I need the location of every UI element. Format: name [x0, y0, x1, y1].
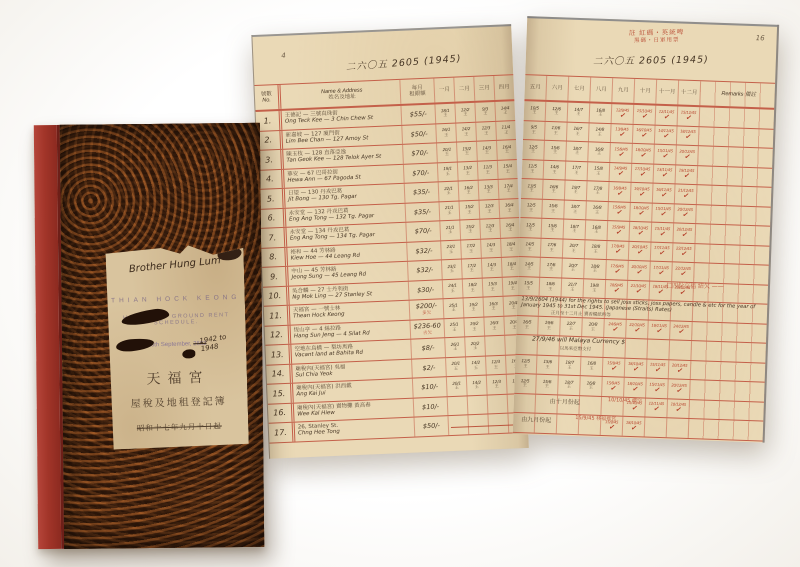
col-header-month: 四月 [494, 75, 515, 100]
month-cell: 11/5王 [522, 160, 545, 179]
month-cell: 19/12/45✓ [676, 165, 699, 184]
receipt-chop: 王 [531, 149, 535, 154]
row-number: 8. [261, 247, 288, 267]
receipt-chop: 王 [506, 169, 510, 174]
rent-cell: $236-60吉欠 [410, 319, 445, 339]
monthly-rent: $50/- [423, 422, 440, 431]
receipt-chop: 王 [589, 366, 593, 371]
month-cell: 24/9/45✓ [604, 319, 627, 338]
paid-checkmark-icon: ✓ [661, 152, 668, 160]
receipt-chop: 王 [485, 150, 489, 155]
receipt-chop: 王 [466, 171, 470, 176]
receipt-chop: 王 [553, 150, 557, 155]
receipt-chop: 王 [468, 229, 472, 234]
month-cell: 12/2王 [455, 103, 476, 122]
month-cell: 15/9/45✓ [603, 357, 626, 376]
row-number: 10. [263, 286, 290, 306]
receipt-chop: 王 [443, 113, 447, 118]
col-header-name-address: Name & Address 姓名及地址 [280, 80, 401, 109]
paid-checkmark-icon: ✓ [653, 406, 660, 414]
receipt-chop: 王 [511, 305, 515, 310]
col-header-no: 號數 No. [254, 85, 281, 110]
month-cell: 11/4王 [496, 121, 517, 140]
receipt-chop: 王 [509, 247, 513, 252]
monthly-rent: $32/- [415, 246, 432, 255]
month-cell: 20/7王 [562, 259, 585, 278]
receipt-chop: 王 [491, 306, 495, 311]
receipt-chop: 王 [548, 287, 552, 292]
cover-label: Brother Hung Lum THIAN HOCK KEONG HOUSE … [105, 244, 249, 450]
monthly-rent: $70/- [412, 168, 429, 177]
month-cell: 17/8王 [587, 181, 610, 200]
receipt-chop: 王 [528, 227, 532, 232]
month-cell: 16/6王 [543, 180, 566, 199]
month-cell: 15/11/45✓ [646, 379, 669, 398]
monthly-rent: $55/- [410, 110, 427, 119]
month-cell: 22/12/45✓ [672, 262, 695, 281]
receipt-chop: 王 [469, 249, 473, 254]
month-cell: 11/3王 [478, 160, 499, 179]
receipt-chop: 王 [510, 266, 514, 271]
receipt-chop: 王 [463, 112, 467, 117]
month-cell: 17/6王 [540, 258, 563, 277]
monthly-rent: $8/- [422, 344, 435, 353]
receipt-chop: 王 [598, 132, 602, 137]
month-cell: 13/9/45✓ [611, 124, 634, 143]
month-cell: 9/3王 [475, 102, 496, 121]
receipt-chop: 王 [464, 132, 468, 137]
month-cell: 23/1王 [441, 240, 462, 259]
row-number: 6. [260, 208, 287, 228]
month-cell: 17/11/45✓ [651, 242, 674, 261]
receipt-chop: 王 [487, 189, 491, 194]
receipt-chop: 王 [447, 211, 451, 216]
receipt-chop: 王 [595, 210, 599, 215]
monthly-rent: $30/- [417, 285, 434, 294]
paid-checkmark-icon: ✓ [618, 151, 625, 159]
month-cell: 14/3王 [482, 258, 503, 277]
tenant-name-chinese: 廟稅內(天福宮) 吳福 [295, 365, 345, 373]
month-cell: 20/1王 [446, 357, 467, 376]
receipt-chop: 王 [573, 209, 577, 214]
receipt-chop: 王 [552, 170, 556, 175]
paid-checkmark-icon: ✓ [638, 190, 645, 198]
closed-ledger-book: Brother Hung Lum THIAN HOCK KEONG HOUSE … [34, 123, 264, 549]
paid-checkmark-icon: ✓ [631, 405, 638, 413]
month-cell: 20/12/45✓ [674, 204, 697, 223]
receipt-chop: 王 [467, 190, 471, 195]
col-header-month: 十一月 [656, 80, 679, 105]
remarks-cell [695, 224, 772, 245]
month-cell: 18/7王 [558, 375, 581, 394]
ledger-left-page: 4 二六〇五 2605 (1945) 號數 No. Name & Address… [251, 24, 529, 459]
row-number: 15. [267, 384, 294, 404]
receipt-chop: 王 [549, 267, 553, 272]
receipt-chop: 王 [570, 287, 574, 292]
paid-checkmark-icon: ✓ [633, 327, 640, 335]
paid-checkmark-icon: ✓ [684, 133, 691, 141]
receipt-chop: 王 [572, 248, 576, 253]
ink-blot [182, 349, 195, 358]
month-cell: 17/4王 [499, 179, 520, 198]
month-cell: 15/11/45✓ [652, 223, 675, 242]
receipt-chop: 王 [569, 326, 573, 331]
remarks-label: Remarks 備註 [721, 91, 756, 99]
receipt-chop: 王 [593, 269, 597, 274]
rent-cell: $32/- [407, 241, 442, 261]
rent-cell: $50/- [402, 124, 437, 144]
receipt-chop: 王 [526, 286, 530, 291]
receipt-chop: 王 [545, 365, 549, 370]
month-label: 十一月 [659, 89, 676, 96]
receipt-chop: 王 [529, 208, 533, 213]
receipt-chop: 王 [598, 113, 602, 118]
month-cell: 15/12/45✓ [678, 106, 701, 125]
row-number: 13. [265, 345, 292, 365]
month-cell: 15/3王 [483, 277, 504, 296]
month-cell: 16/9/45✓ [609, 182, 632, 201]
receipt-chop: 王 [495, 384, 499, 389]
row-number: 4. [258, 169, 285, 189]
paid-checkmark-icon: ✓ [658, 250, 665, 258]
paid-checkmark-icon: ✓ [654, 367, 661, 375]
monthly-rent: $32/- [416, 266, 433, 275]
month-cell: 20/10/45✓ [629, 241, 652, 260]
receipt-chop: 王 [532, 130, 536, 135]
receipt-chop: 王 [470, 268, 474, 273]
month-cell: 15/2王 [460, 220, 481, 239]
paid-checkmark-icon: ✓ [683, 153, 690, 161]
paid-checkmark-icon: ✓ [641, 112, 648, 120]
receipt-chop: 王 [451, 308, 455, 313]
monthly-rent: $70/- [411, 149, 428, 158]
month-cell: 12/5王 [522, 140, 545, 159]
remarks-cell [695, 244, 772, 265]
month-cell: 19/1王 [438, 162, 459, 181]
paid-checkmark-icon: ✓ [685, 114, 692, 122]
month-cell: 16/10/45✓ [633, 124, 656, 143]
rent-note-red: 吉欠 [423, 330, 432, 336]
month-cell: 15/11/45✓ [654, 145, 677, 164]
rent-cell: $32/- [408, 260, 443, 280]
row-number: 3. [257, 150, 284, 170]
col-header-month: 八月 [590, 77, 613, 102]
annotation-row17-from-september: 由九月份起 [521, 414, 551, 424]
ink-blot [116, 337, 155, 353]
month-cell: 20/12/45✓ [668, 379, 691, 398]
month-cell: 16/8王 [588, 142, 611, 161]
month-cell: 13/3王 [479, 180, 500, 199]
month-cell: 17/10/45✓ [632, 163, 655, 182]
remarks-cell [700, 107, 777, 128]
remarks-cell [697, 185, 774, 206]
paid-checkmark-icon: ✓ [636, 249, 643, 257]
receipt-chop: 王 [488, 228, 492, 233]
receipt-chop: 王 [596, 171, 600, 176]
month-cell: 17/9/45✓ [607, 241, 630, 260]
month-cell: 18/2王 [463, 278, 484, 297]
month-cell [448, 415, 469, 434]
receipt-chop: 王 [445, 152, 449, 157]
label-chinese-title: 天福宮 [109, 366, 248, 390]
month-label: 一月 [439, 87, 450, 94]
month-cell [468, 395, 489, 414]
receipt-chop: 王 [567, 365, 571, 370]
month-cell: 22/10/45✓ [626, 319, 649, 338]
month-cell: 14/8王 [589, 123, 612, 142]
month-cell: 18/7王 [559, 356, 582, 375]
col-header-month: 十月 [634, 79, 657, 104]
month-cell: 17/7王 [566, 161, 589, 180]
col-header-month: 五月 [524, 75, 547, 100]
month-cell: 16/7王 [567, 122, 590, 141]
paid-checkmark-icon: ✓ [663, 113, 670, 121]
paid-checkmark-icon: ✓ [614, 248, 621, 256]
month-cell: 16/8王 [581, 357, 604, 376]
month-cell: 14/4王 [495, 101, 516, 120]
name-address-cell: 26, Stanley St.Chng Hee Tong [295, 418, 416, 442]
receipt-chop: 王 [508, 227, 512, 232]
paid-checkmark-icon: ✓ [675, 387, 682, 395]
month-cell: 12/5王 [515, 354, 538, 373]
month-cell: 19/10/45✓ [631, 183, 654, 202]
month-cell: 18/7王 [566, 142, 589, 161]
receipt-chop: 王 [572, 229, 576, 234]
month-cell: 20/1王 [437, 143, 458, 162]
month-cell: 15/2王 [459, 200, 480, 219]
month-cell: 19/2王 [464, 317, 485, 336]
receipt-chop: 王 [471, 307, 475, 312]
paid-checkmark-icon: ✓ [653, 386, 660, 394]
col-header-month: 六月 [546, 76, 569, 101]
month-cell: 10/5王 [524, 101, 547, 120]
currency-note-line2: 黑碼・日軍用票 [577, 36, 737, 46]
month-cell: 18/10/45✓ [630, 222, 653, 241]
receipt-chop: 王 [474, 366, 478, 371]
left-page-number: 4 [281, 52, 286, 60]
rent-cell: $200/-多欠 [410, 299, 445, 319]
remarks-cell [698, 166, 775, 187]
receipt-chop: 王 [489, 248, 493, 253]
receipt-chop: 王 [596, 191, 600, 196]
month-cell: 20/1王 [447, 376, 468, 395]
month-cell: 16/3王 [484, 316, 505, 335]
paid-checkmark-icon: ✓ [635, 288, 642, 296]
receipt-chop: 王 [545, 384, 549, 389]
receipt-chop: 王 [454, 366, 458, 371]
paid-checkmark-icon: ✓ [618, 131, 625, 139]
receipt-chop: 王 [494, 365, 498, 370]
month-cell: 15/9/45✓ [608, 202, 631, 221]
month-cell [448, 396, 469, 415]
month-cell: 17/2王 [461, 239, 482, 258]
month-cell: 15/6王 [542, 219, 565, 238]
month-cell [485, 336, 506, 355]
monthly-rent: $10/- [422, 402, 439, 411]
month-cell: 16/4王 [500, 218, 521, 237]
month-cell: 17/11/45✓ [650, 262, 673, 281]
month-cell: 12/5王 [520, 218, 543, 237]
paid-checkmark-icon: ✓ [617, 170, 624, 178]
receipt-chop: 王 [484, 131, 488, 136]
receipt-chop: 王 [490, 267, 494, 272]
col-no-en: No. [262, 97, 271, 104]
paid-checkmark-icon: ✓ [659, 230, 666, 238]
month-cell: 22/12/45✓ [673, 243, 696, 262]
paid-checkmark-icon: ✓ [637, 229, 644, 237]
month-cell: 19/6王 [538, 316, 561, 335]
month-cell: 21/12/45✓ [675, 184, 698, 203]
month-cell: 12/5王 [520, 199, 543, 218]
rent-cell: $70/- [403, 143, 438, 163]
remarks-cell [690, 380, 767, 401]
month-label: 六月 [552, 85, 563, 92]
month-cell: 15/10/45✓ [634, 105, 657, 124]
paid-checkmark-icon: ✓ [630, 424, 637, 432]
paid-checkmark-icon: ✓ [635, 268, 642, 276]
month-cell: 12/3王 [480, 219, 501, 238]
month-cell: 14/6王 [544, 160, 567, 179]
label-stamp-temple-name: THIAN HOCK KEONG [107, 294, 245, 305]
paid-checkmark-icon: ✓ [639, 171, 646, 179]
receipt-chop: 王 [552, 189, 556, 194]
row-number: 2. [256, 130, 283, 150]
month-cell: 15/2王 [457, 142, 478, 161]
paid-checkmark-icon: ✓ [683, 172, 690, 180]
paid-checkmark-icon: ✓ [609, 385, 616, 393]
receipt-chop: 王 [444, 133, 448, 138]
month-cell: 20/7王 [563, 239, 586, 258]
paid-checkmark-icon: ✓ [677, 328, 684, 336]
month-cell: 20/10/45✓ [628, 261, 651, 280]
receipt-chop: 王 [449, 249, 453, 254]
month-cell [488, 414, 509, 433]
month-cell: 22/1王 [439, 182, 460, 201]
row-number: 5. [259, 189, 286, 209]
book-marbled-cover: Brother Hung Lum THIAN HOCK KEONG HOUSE … [60, 123, 264, 549]
remarks-cell [691, 361, 768, 382]
month-cell: 12/6王 [546, 102, 569, 121]
month-cell: 20/8王 [582, 318, 605, 337]
month-cell: 15/9/45✓ [608, 221, 631, 240]
month-label: 五月 [530, 84, 541, 91]
month-cell: 17/6王 [541, 238, 564, 257]
rent-cell: $35/- [406, 202, 441, 222]
col-header-month: 一月 [434, 78, 455, 103]
col-name-cn: 姓名及地址 [328, 94, 356, 101]
receipt-chop: 王 [525, 325, 529, 330]
month-cell: 15/6王 [537, 355, 560, 374]
receipt-chop: 王 [507, 189, 511, 194]
receipt-chop: 王 [576, 132, 580, 137]
month-cell: 13/2王 [458, 161, 479, 180]
receipt-chop: 王 [571, 268, 575, 273]
receipt-chop: 王 [574, 171, 578, 176]
receipt-chop: 王 [467, 210, 471, 215]
rent-cell: $70/- [404, 163, 439, 183]
paid-checkmark-icon: ✓ [655, 328, 662, 336]
month-cell: 18/7王 [564, 220, 587, 239]
month-cell: 13/6王 [545, 121, 568, 140]
receipt-chop: 王 [597, 152, 601, 157]
month-cell: 18/1王 [435, 104, 456, 123]
annotation-row16-from-october: 由十月份起 [550, 396, 580, 406]
col-header-month: 七月 [568, 77, 591, 102]
receipt-chop: 王 [554, 111, 558, 116]
receipt-chop: 王 [450, 269, 454, 274]
paid-checkmark-icon: ✓ [679, 289, 686, 297]
paid-checkmark-icon: ✓ [682, 192, 689, 200]
receipt-chop: 王 [530, 169, 534, 174]
row-number: 9. [262, 267, 289, 287]
month-cell: 16/8王 [586, 220, 609, 239]
receipt-chop: 王 [504, 130, 508, 135]
row-number: 11. [264, 306, 291, 326]
left-page-title: 二六〇五 2605 (1945) [323, 49, 484, 75]
month-cell: 16/4王 [497, 140, 518, 159]
month-cell: 15/11/45✓ [647, 359, 670, 378]
month-cell: 18/10/45✓ [625, 358, 648, 377]
receipt-chop: 王 [551, 209, 555, 214]
label-typed-date-prefix: 16th September, [147, 341, 191, 348]
receipt-chop: 王 [530, 188, 534, 193]
monthly-rent: $70/- [415, 227, 432, 236]
month-cell: 16/2王 [459, 181, 480, 200]
month-cell: 19/7王 [565, 181, 588, 200]
month-cell [579, 396, 602, 415]
month-cell: 16/8王 [580, 376, 603, 395]
row-number: 17. [269, 423, 296, 443]
receipt-chop: 王 [486, 170, 490, 175]
receipt-chop: 王 [507, 208, 511, 213]
receipt-chop: 王 [491, 287, 495, 292]
col-header-remarks: Remarks 備註 [700, 81, 777, 108]
receipt-chop: 王 [532, 111, 536, 116]
remarks-cell [698, 146, 775, 167]
paid-checkmark-icon: ✓ [681, 211, 688, 219]
paid-checkmark-icon: ✓ [615, 209, 622, 217]
receipt-chop: 王 [472, 327, 476, 332]
rent-cell: $50/- [415, 416, 450, 436]
paid-checkmark-icon: ✓ [619, 112, 626, 120]
month-cell: 24/12/45✓ [670, 321, 693, 340]
receipt-chop: 王 [575, 151, 579, 156]
rent-cell: $2/- [412, 358, 447, 378]
month-cell: 19/2王 [464, 298, 485, 317]
month-cell: 15/5王 [518, 276, 541, 295]
month-cell: 12/11/45✓ [656, 106, 679, 125]
month-cell: 21/7王 [562, 278, 585, 297]
rent-cell: $10/- [413, 377, 448, 397]
month-cell: 12/9/45✓ [612, 104, 635, 123]
month-cell: 9/5王 [523, 121, 546, 140]
month-cell: 18/7王 [564, 200, 587, 219]
col-header-month: 十二月 [678, 80, 701, 105]
receipt-chop: 王 [483, 111, 487, 116]
month-cell: 14/9/45✓ [610, 163, 633, 182]
paid-checkmark-icon: ✓ [680, 250, 687, 258]
month-cell: 14/11/45✓ [655, 125, 678, 144]
month-cell: 15/11/45✓ [652, 203, 675, 222]
receipt-chop: 王 [594, 230, 598, 235]
paid-checkmark-icon: ✓ [676, 367, 683, 375]
month-cell: 16/5王 [516, 315, 539, 334]
receipt-chop: 王 [511, 286, 515, 291]
receipt-chop: 王 [446, 172, 450, 177]
month-cell: 17/2王 [462, 259, 483, 278]
paid-checkmark-icon: ✓ [631, 385, 638, 393]
photo-scene: 4 二六〇五 2605 (1945) 號數 No. Name & Address… [0, 0, 800, 567]
